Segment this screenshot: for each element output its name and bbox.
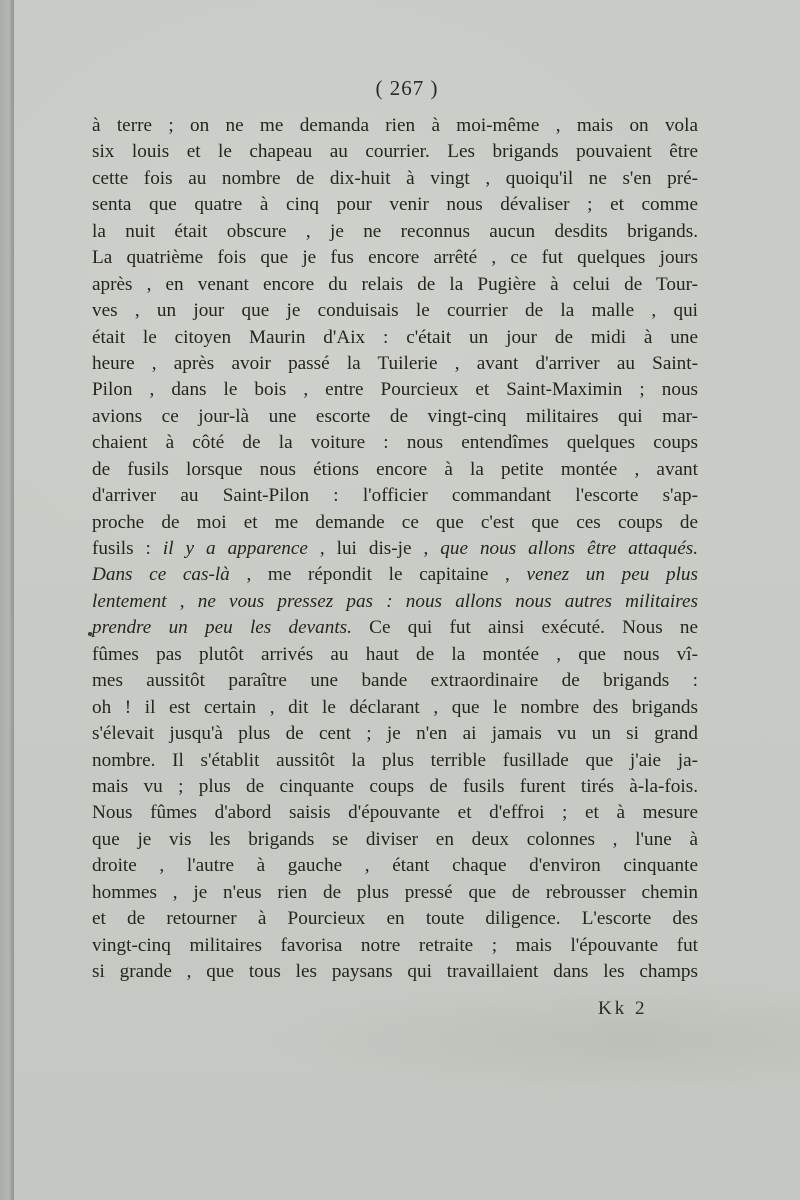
text-segment: chaient à côté de la voiture : nous ente… <box>92 432 698 453</box>
text-segment: vingt-cinq militaires favorisa notre ret… <box>92 935 698 956</box>
text-segment: , me répondit le capitaine , <box>230 564 527 585</box>
text-line: proche de moi et me demande ce que c'est… <box>92 510 698 536</box>
text-line: oh ! il est certain , dit le déclarant ,… <box>92 695 698 721</box>
italic-text-segment: il y a apparence <box>163 538 308 559</box>
text-line: à terre ; on ne me demanda rien à moi-mê… <box>92 113 698 139</box>
text-line: s'élevait jusqu'à plus de cent ; je n'en… <box>92 721 698 747</box>
text-line: avions ce jour-là une escorte de vingt-c… <box>92 404 698 430</box>
text-segment: fûmes pas plutôt arrivés au haut de la m… <box>92 644 698 665</box>
text-segment: de fusils lorsque nous étions encore à l… <box>92 459 698 480</box>
text-line: de fusils lorsque nous étions encore à l… <box>92 457 698 483</box>
text-segment: droite , l'autre à gauche , étant chaque… <box>92 855 698 876</box>
text-line: fûmes pas plutôt arrivés au haut de la m… <box>92 642 698 668</box>
text-line: que je vis les brigands se diviser en de… <box>92 827 698 853</box>
text-segment: ves , un jour que je conduisais le courr… <box>92 300 698 321</box>
text-line: d'arriver au Saint-Pilon : l'officier co… <box>92 483 698 509</box>
text-segment: que je vis les brigands se diviser en de… <box>92 829 698 850</box>
text-segment: heure , après avoir passé la Tuilerie , … <box>92 353 698 374</box>
text-line: était le citoyen Maurin d'Aix : c'était … <box>92 325 698 351</box>
signature-mark: Kk 2 <box>598 998 647 1020</box>
page-number: ( 267 ) <box>14 76 800 101</box>
italic-text-segment: Dans ce cas-là <box>92 564 230 585</box>
text-line: si grande , que tous les paysans qui tra… <box>92 959 698 985</box>
text-line: après , en venant encore du relais de la… <box>92 272 698 298</box>
text-line: heure , après avoir passé la Tuilerie , … <box>92 351 698 377</box>
text-segment: s'élevait jusqu'à plus de cent ; je n'en… <box>92 723 698 744</box>
text-line: mes aussitôt paraître une bande extraord… <box>92 668 698 694</box>
text-line: et de retourner à Pourcieux en toute dil… <box>92 906 698 932</box>
text-segment: la nuit était obscure , je ne reconnus a… <box>92 221 698 242</box>
italic-text-segment: que nous allons être attaqués. <box>440 538 698 559</box>
text-segment: , <box>167 591 198 612</box>
book-binding-edge <box>0 0 14 1200</box>
book-page: ( 267 ) à terre ; on ne me demanda rien … <box>14 0 800 1200</box>
text-line: fusils : il y a apparence , lui dis-je ,… <box>92 536 698 562</box>
text-line: hommes , je n'eus rien de plus pressé qu… <box>92 880 698 906</box>
text-line: mais vu ; plus de cinquante coups de fus… <box>92 774 698 800</box>
text-line: lentement , ne vous pressez pas : nous a… <box>92 589 698 615</box>
text-line: nombre. Il s'établit aussitôt la plus te… <box>92 748 698 774</box>
italic-text-segment: lentement <box>92 591 167 612</box>
text-segment: était le citoyen Maurin d'Aix : c'était … <box>92 327 698 348</box>
italic-text-segment: ne vous pressez pas : nous allons nous a… <box>198 591 698 612</box>
text-segment: six louis et le chapeau au courrier. Les… <box>92 141 698 162</box>
text-segment: d'arriver au Saint-Pilon : l'officier co… <box>92 485 698 506</box>
text-segment: et de retourner à Pourcieux en toute dil… <box>92 908 698 929</box>
text-line: ves , un jour que je conduisais le courr… <box>92 298 698 324</box>
text-segment: proche de moi et me demande ce que c'est… <box>92 512 698 533</box>
text-segment: nombre. Il s'établit aussitôt la plus te… <box>92 750 698 771</box>
text-segment: cette fois au nombre de dix-huit à vingt… <box>92 168 698 189</box>
body-text: à terre ; on ne me demanda rien à moi-mê… <box>92 113 698 985</box>
text-segment: avions ce jour-là une escorte de vingt-c… <box>92 406 698 427</box>
text-segment: La quatrième fois que je fus encore arrê… <box>92 247 698 268</box>
text-segment: hommes , je n'eus rien de plus pressé qu… <box>92 882 698 903</box>
text-segment: si grande , que tous les paysans qui tra… <box>92 961 698 982</box>
text-segment: mes aussitôt paraître une bande extraord… <box>92 670 698 691</box>
text-segment: senta que quatre à cinq pour venir nous … <box>92 194 698 215</box>
text-line: chaient à côté de la voiture : nous ente… <box>92 430 698 456</box>
text-segment: Pilon , dans le bois , entre Pourcieux e… <box>92 379 698 400</box>
text-line: Pilon , dans le bois , entre Pourcieux e… <box>92 377 698 403</box>
text-segment: Ce qui fut ainsi exécuté. Nous ne <box>352 617 698 638</box>
text-line: senta que quatre à cinq pour venir nous … <box>92 192 698 218</box>
text-segment: , lui dis-je , <box>308 538 440 559</box>
text-segment: Nous fûmes d'abord saisis d'épouvante et… <box>92 802 698 823</box>
text-line: la nuit était obscure , je ne reconnus a… <box>92 219 698 245</box>
text-line: droite , l'autre à gauche , étant chaque… <box>92 853 698 879</box>
text-line: six louis et le chapeau au courrier. Les… <box>92 139 698 165</box>
text-segment: fusils : <box>92 538 163 559</box>
text-segment: oh ! il est certain , dit le déclarant ,… <box>92 697 698 718</box>
text-line: cette fois au nombre de dix-huit à vingt… <box>92 166 698 192</box>
text-line: Dans ce cas-là , me répondit le capitain… <box>92 562 698 588</box>
text-segment: après , en venant encore du relais de la… <box>92 274 698 295</box>
italic-text-segment: venez un peu plus <box>527 564 698 585</box>
text-line: prendre un peu les devants. Ce qui fut a… <box>92 615 698 641</box>
text-line: vingt-cinq militaires favorisa notre ret… <box>92 933 698 959</box>
text-segment: à terre ; on ne me demanda rien à moi-mê… <box>92 115 698 136</box>
text-line: La quatrième fois que je fus encore arrê… <box>92 245 698 271</box>
text-line: Nous fûmes d'abord saisis d'épouvante et… <box>92 800 698 826</box>
italic-text-segment: prendre un peu les devants. <box>92 617 352 638</box>
text-segment: mais vu ; plus de cinquante coups de fus… <box>92 776 698 797</box>
